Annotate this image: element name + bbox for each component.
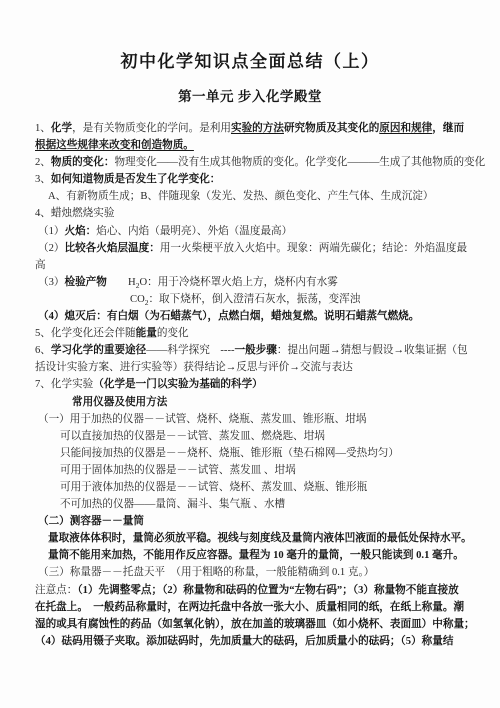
text-segment: CO [130, 294, 145, 305]
text-segment: ，继而 [432, 123, 464, 134]
text-segment: 如何知道物质是否发生了化学变化： [51, 174, 221, 185]
text-segment: 高 [35, 260, 46, 271]
text-segment: （化学是一门以实验为基础的科学） [93, 379, 263, 390]
text-segment: H [107, 277, 136, 288]
text-segment: 量取液体体积时，量筒必须放平稳。视线与刻度线及量筒内液体凹液面的最低处保持水平。 [48, 533, 472, 544]
text-segment: 量筒不能用来加热，不能用作反应容器。量程为 10 毫升的量筒，一般只能读到 0.… [48, 550, 464, 561]
text-segment: （2） [38, 243, 64, 254]
text-segment: 一般步骤 [235, 345, 277, 356]
text-segment: （二）测容器－－量筒 [38, 516, 144, 527]
text-line: 4、蜡烛燃烧实验 [35, 205, 476, 222]
text-segment: ，是有关物质变化的学问。是利用 [72, 123, 231, 134]
text-segment: 5、化学变化还会伴随 [35, 328, 136, 339]
text-line: （4）砝码用镊子夹取。添加砝码时，先加质量大的砝码，后加质量小的砝码；（5）称量… [35, 633, 476, 650]
text-line: 根据这些规律来改变和创造物质。 [35, 137, 476, 154]
text-line: （三）称量器－－托盘天平 （用于粗略的称量，一般能精确到 0.1 克。） [38, 564, 476, 581]
text-line: 可以直接加热的仪器是－－试管、蒸发皿、燃烧匙、坩埚 [60, 428, 476, 445]
text-line: CO2：取下烧杯，倒入澄清石灰水，振荡，变浑浊 [130, 291, 476, 308]
text-segment: 7、化学实验 [35, 379, 93, 390]
text-segment: 1、 [35, 123, 51, 134]
text-line: （2）比较各火焰层温度：用一火柴梗平放入火焰中。现象：两端先碳化；结论：外焰温度… [38, 240, 476, 257]
text-segment: 能量 [136, 328, 157, 339]
unit-heading: 第一单元 步入化学殿堂 [35, 87, 465, 106]
text-segment: 注意点： [35, 585, 77, 596]
text-line: （3）检验产物 H2O：用于冷烧杯罩火焰上方，烧杯内有水雾 [38, 274, 476, 291]
text-segment: 在托盘上。 一般药品称量时，在两边托盘中各放一张大小、质量相同的纸，在纸上称量。… [35, 602, 464, 613]
text-segment: 物理变化——没有生成其他物质的变化。化学变化———生成了其他物质的变化 [114, 157, 485, 168]
text-segment: 化学 [51, 123, 72, 134]
text-segment: ：取下烧杯，倒入澄清石灰水，振荡，变浑浊 [148, 294, 360, 305]
text-segment: 不可加热的仪器——量筒、漏斗、集气瓶 、水槽 [60, 499, 285, 510]
text-segment: ——科学探究 ---- [146, 345, 234, 356]
text-segment: 4、蜡烛燃烧实验 [35, 208, 114, 219]
text-line: 不可加热的仪器——量筒、漏斗、集气瓶 、水槽 [60, 496, 476, 513]
text-segment: 焰心、内焰（最明亮）、外焰（温度最高） [96, 226, 292, 237]
text-segment: 比较各火焰层温度： [64, 243, 159, 254]
text-segment: ：提出问题→猜想与假设→收集证据（包 [277, 345, 468, 356]
text-segment: 物质的变化： [51, 157, 115, 168]
text-segment: （一）用于加热的仪器－－试管、烧杯、烧瓶、蒸发皿、锥形瓶、坩埚 [38, 414, 366, 425]
text-line: 常用仪器及使用方法 [72, 394, 476, 411]
text-line: 5、化学变化还会伴随能量的变化 [35, 325, 476, 342]
text-segment: 实验的方法 [231, 123, 284, 134]
text-segment: 2、 [35, 157, 51, 168]
text-segment: 火焰： [64, 226, 96, 237]
text-segment: （3） [38, 277, 64, 288]
document-page: 初中化学知识点全面总结（上） 第一单元 步入化学殿堂 1、化学，是有关物质变化的… [0, 0, 500, 708]
text-segment: 根据这些规律来改变和创造物质。 [35, 140, 194, 151]
text-segment: （三）称量器－－托盘天平 （用于粗略的称量，一般能精确到 0.1 克。） [38, 567, 374, 578]
text-line: 在托盘上。 一般药品称量时，在两边托盘中各放一张大小、质量相同的纸，在纸上称量。… [35, 599, 476, 616]
text-segment: 3、 [35, 174, 51, 185]
text-segment: 学习化学的重要途径 [51, 345, 146, 356]
text-segment: （1）先调整零点；（2）称量物和砝码的位置为“左物右码”；（3）称量物不能直接放 [77, 585, 458, 596]
text-line: 注意点：（1）先调整零点；（2）称量物和砝码的位置为“左物右码”；（3）称量物不… [35, 582, 476, 599]
text-line: 量筒不能用来加热，不能用作反应容器。量程为 10 毫升的量筒，一般只能读到 0.… [48, 547, 476, 564]
document-title: 初中化学知识点全面总结（上） [35, 50, 465, 74]
text-line: 括设计实验方案、进行实验等）获得结论→反思与评价→交流与表达 [35, 359, 476, 376]
text-segment: 的变化 [157, 328, 189, 339]
text-line: 量取液体体积时，量筒必须放平稳。视线与刻度线及量筒内液体凹液面的最低处保持水平。 [48, 530, 476, 547]
text-line: 6、学习化学的重要途径——科学探究 ----一般步骤：提出问题→猜想与假设→收集… [35, 342, 476, 359]
text-line: 湿的或具有腐蚀性的药品（如氢氧化钠），放在加盖的玻璃器皿（如小烧杯、表面皿）中称… [35, 616, 476, 633]
text-line: 高 [35, 257, 476, 274]
text-segment: 只能间接加热的仪器是－－烧杯、烧瓶、锥形瓶（垫石棉网—受热均匀） [60, 448, 399, 459]
text-line: （二）测容器－－量筒 [38, 513, 476, 530]
text-line: （4）熄灭后：有白烟（为石蜡蒸气），点燃白烟，蜡烛复燃。说明石蜡蒸气燃烧。 [38, 308, 476, 325]
text-line: 1、化学，是有关物质变化的学问。是利用实验的方法研究物质及其变化的原因和规律，继… [35, 120, 476, 137]
text-line: 2、物质的变化：物理变化——没有生成其他物质的变化。化学变化———生成了其他物质… [35, 154, 476, 171]
document-body: 1、化学，是有关物质变化的学问。是利用实验的方法研究物质及其变化的原因和规律，继… [35, 120, 476, 650]
text-segment: 用一火柴梗平放入火焰中。现象：两端先碳化；结论：外焰温度最 [160, 243, 467, 254]
text-segment: （4）砝码用镊子夹取。添加砝码时，先加质量大的砝码，后加质量小的砝码；（5）称量… [35, 636, 453, 647]
text-line: 可用于固体加热的仪器是－－试管、蒸发皿 、坩埚 [60, 462, 476, 479]
text-segment: 常用仪器及使用方法 [72, 397, 167, 408]
text-line: 3、如何知道物质是否发生了化学变化： [35, 171, 476, 188]
text-line: A、有新物质生成；B、伴随现象（发光、发热、颜色变化、产生气体、生成沉淀） [48, 188, 476, 205]
text-segment: 可用于固体加热的仪器是－－试管、蒸发皿 、坩埚 [60, 465, 296, 476]
text-segment: 检验产物 [64, 277, 106, 288]
text-segment: 可用于液体加热的仪器是－－试管、烧杯、蒸发皿、烧瓶、锥形瓶 [60, 482, 367, 493]
text-line: 可用于液体加热的仪器是－－试管、烧杯、蒸发皿、烧瓶、锥形瓶 [60, 479, 476, 496]
text-segment: 括设计实验方案、进行实验等）获得结论→反思与评价→交流与表达 [35, 362, 353, 373]
text-segment: 原因和规律 [379, 123, 432, 134]
text-segment: （1） [38, 226, 64, 237]
text-line: （一）用于加热的仪器－－试管、烧杯、烧瓶、蒸发皿、锥形瓶、坩埚 [38, 411, 476, 428]
text-segment: 可以直接加热的仪器是－－试管、蒸发皿、燃烧匙、坩埚 [60, 431, 325, 442]
text-line: （1）火焰：焰心、内焰（最明亮）、外焰（温度最高） [38, 223, 476, 240]
text-segment: O：用于冷烧杯罩火焰上方，烧杯内有水雾 [139, 277, 337, 288]
text-line: 7、化学实验（化学是一门以实验为基础的科学） [35, 376, 476, 393]
text-segment: 6、 [35, 345, 51, 356]
text-segment: （4）熄灭后：有白烟（为石蜡蒸气），点燃白烟，蜡烛复燃。说明石蜡蒸气燃烧。 [38, 311, 419, 322]
text-segment: 湿的或具有腐蚀性的药品（如氢氧化钠），放在加盖的玻璃器皿（如小烧杯、表面皿）中称… [35, 619, 475, 630]
text-segment: A、有新物质生成；B、伴随现象（发光、发热、颜色变化、产生气体、生成沉淀） [48, 191, 434, 202]
text-line: 只能间接加热的仪器是－－烧杯、烧瓶、锥形瓶（垫石棉网—受热均匀） [60, 445, 476, 462]
text-segment: 研究物质及其变化的 [284, 123, 379, 134]
